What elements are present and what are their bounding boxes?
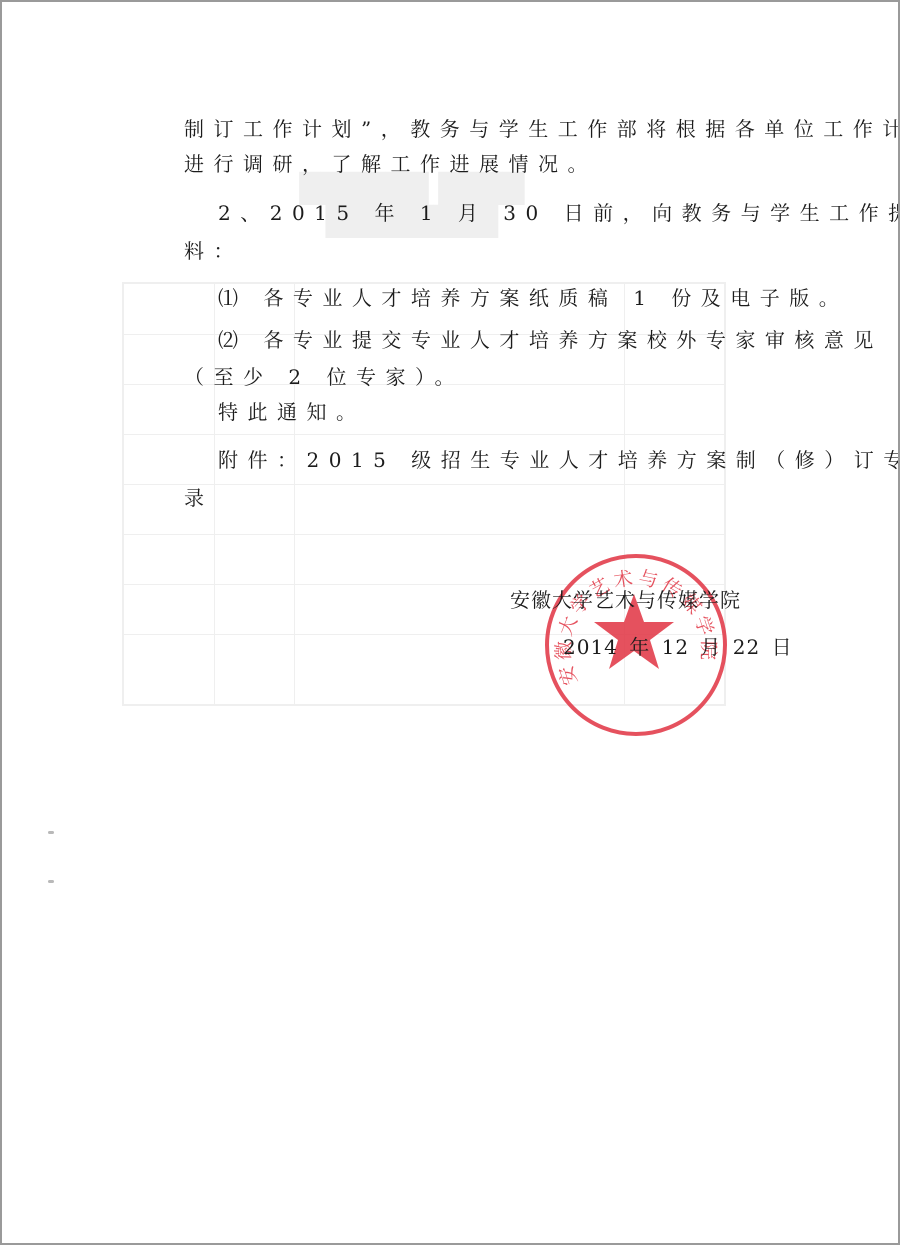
text-line: 制订工作计划”，教务与学生工作部将根据各单位工作计划 [184, 114, 900, 144]
text-line: 特此通知。 [218, 397, 366, 427]
text-line: ⑴ 各专业人才培养方案纸质稿 1 份及电子版。 [218, 283, 848, 313]
text-line: 附件：2015 级招生专业人才培养方案制（修）订专业目 [218, 445, 900, 475]
punch-mark [48, 831, 54, 834]
text-line: （至少 2 位专家）。 [184, 362, 464, 392]
text-line: ⑵ 各专业提交专业人才培养方案校外专家审核意见 1 份 [218, 325, 900, 355]
text-line: 录 [184, 483, 214, 513]
text-line: 进行调研，了解工作进展情况。 [184, 149, 597, 179]
signature-date: 2014 年 12 月 22 日 [563, 632, 793, 662]
punch-mark [48, 880, 54, 883]
document-page: ████ ██████████████ 制订工作计划”，教务与学生工作部将根据各… [0, 0, 900, 1245]
text-line: 料： [184, 236, 243, 266]
signature-organization: 安徽大学艺术与传媒学院 [510, 585, 741, 615]
text-line: 2、2015 年 1 月 30 日前，向教务与学生工作提交下列材 [218, 198, 900, 228]
